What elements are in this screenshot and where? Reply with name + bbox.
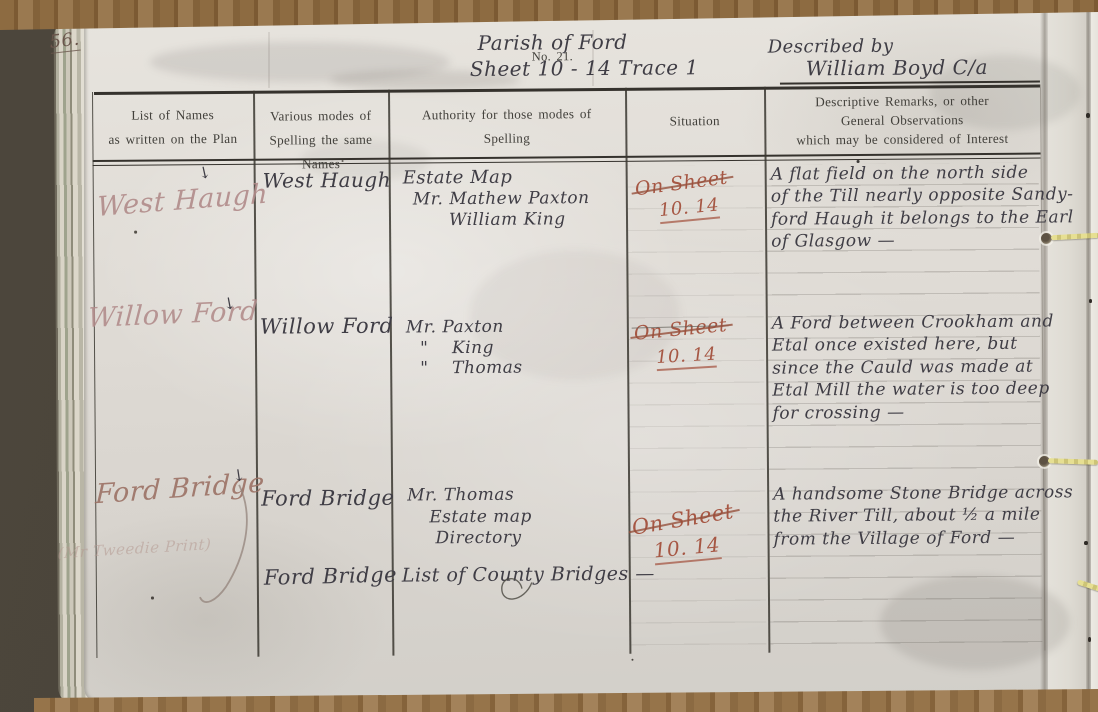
authority-line: " Thomas bbox=[420, 358, 523, 379]
authority-line: Mr. Mathew Paxton bbox=[413, 188, 590, 209]
column-header-authority: Authority for those modes of Spelling bbox=[388, 102, 625, 152]
column-header-situation: Situation bbox=[625, 109, 764, 134]
column-header-spelling: Various modes of Spelling the same Names bbox=[253, 104, 389, 177]
sheet-content: 56. Parish of Ford No. 21. Sheet 10 - 14… bbox=[0, 0, 1098, 712]
sheet-number-text: 10. 14 bbox=[656, 344, 718, 372]
spelling-entry: Ford Bridge bbox=[264, 562, 398, 589]
authority-line: Estate map bbox=[429, 507, 532, 528]
column-header-line: as written on the Plan bbox=[92, 127, 253, 152]
remarks-line: ford Haugh it belongs to the Earl bbox=[771, 206, 1043, 231]
authority-line: Mr. Paxton bbox=[406, 317, 504, 338]
situation-sheet-number: 10. 14 bbox=[653, 532, 722, 562]
column-header-line: List of Names bbox=[92, 103, 253, 128]
column-header-line: Various modes of bbox=[253, 104, 388, 129]
ink-speck bbox=[631, 659, 633, 661]
column-header-line: Authority for those modes of bbox=[388, 102, 625, 128]
remarks-line: A handsome Stone Bridge across bbox=[773, 482, 1045, 507]
column-header-line: Spelling bbox=[388, 126, 625, 152]
column-header-names: List of Names as written on the Plan bbox=[92, 103, 253, 152]
edge-speck bbox=[1086, 113, 1090, 118]
column-header-line: General Observations bbox=[764, 110, 1040, 131]
plan-name-faint-note: (Mr Tweedie Print) bbox=[57, 535, 211, 562]
remarks-line: from the Village of Ford — bbox=[773, 526, 1045, 551]
photo-background: 56. Parish of Ford No. 21. Sheet 10 - 14… bbox=[0, 0, 1098, 712]
situation-sheet-number: 10. 14 bbox=[658, 194, 720, 221]
remarks-line: Etal once existed here, but bbox=[772, 333, 1044, 358]
authority-line: Directory bbox=[435, 528, 521, 549]
table-left-border bbox=[92, 92, 98, 658]
remarks-entry: A handsome Stone Bridge across the River… bbox=[773, 482, 1046, 551]
ink-speck bbox=[342, 160, 344, 162]
column-header-line: Descriptive Remarks, or other bbox=[764, 91, 1040, 112]
edge-speck bbox=[1088, 637, 1091, 642]
spelling-entry: West Haugh bbox=[263, 168, 392, 193]
remarks-entry: A flat field on the north side of the Ti… bbox=[771, 162, 1044, 254]
spelling-entry: Ford Bridge bbox=[261, 486, 394, 511]
authority-line: Mr. Thomas bbox=[407, 485, 514, 506]
plan-name-west-haugh: West Haugh bbox=[97, 179, 269, 223]
edge-speck bbox=[1089, 299, 1092, 303]
column-header-line: which may be considered of Interest bbox=[764, 129, 1040, 150]
edge-speck bbox=[1084, 541, 1088, 545]
remarks-line: for crossing — bbox=[772, 400, 1044, 425]
authority-line: " King bbox=[420, 338, 494, 359]
authority-line: William King bbox=[449, 209, 566, 230]
tick-mark: ↓ bbox=[196, 162, 214, 184]
remarks-line: since the Cauld was made at bbox=[772, 355, 1044, 380]
ink-speck bbox=[857, 160, 860, 163]
sheet-trace-line: Sheet 10 - 14 Trace 1 bbox=[470, 55, 699, 81]
tick-mark: ↓ bbox=[231, 465, 248, 486]
remarks-line: the River Till, about ½ a mile bbox=[773, 504, 1045, 529]
remarks-line: Etal Mill the water is too deep bbox=[772, 378, 1044, 403]
described-by-label: Described by bbox=[768, 36, 894, 58]
ink-speck bbox=[151, 597, 154, 600]
remarks-line: A flat field on the north side bbox=[771, 162, 1043, 187]
situation-sheet-number: 10. 14 bbox=[656, 344, 717, 369]
remarks-line: A Ford between Crookham and bbox=[772, 311, 1044, 336]
remarks-entry: A Ford between Crookham and Etal once ex… bbox=[772, 311, 1045, 425]
spelling-entry: Willow Ford bbox=[260, 314, 394, 339]
ink-speck bbox=[134, 231, 137, 234]
remarks-line: of Glasgow — bbox=[771, 229, 1043, 254]
authority-line: List of County Bridges — bbox=[402, 563, 662, 587]
remarks-line: of the Till nearly opposite Sandy- bbox=[771, 184, 1043, 209]
column-header-remarks: Descriptive Remarks, or other General Ob… bbox=[764, 91, 1040, 150]
page-number: 56. bbox=[48, 29, 80, 54]
describer-underline bbox=[780, 81, 1040, 85]
authority-line: Estate Map bbox=[403, 167, 513, 189]
describer-name: William Boyd C/a bbox=[806, 55, 988, 80]
column-header-line: Situation bbox=[625, 109, 764, 134]
